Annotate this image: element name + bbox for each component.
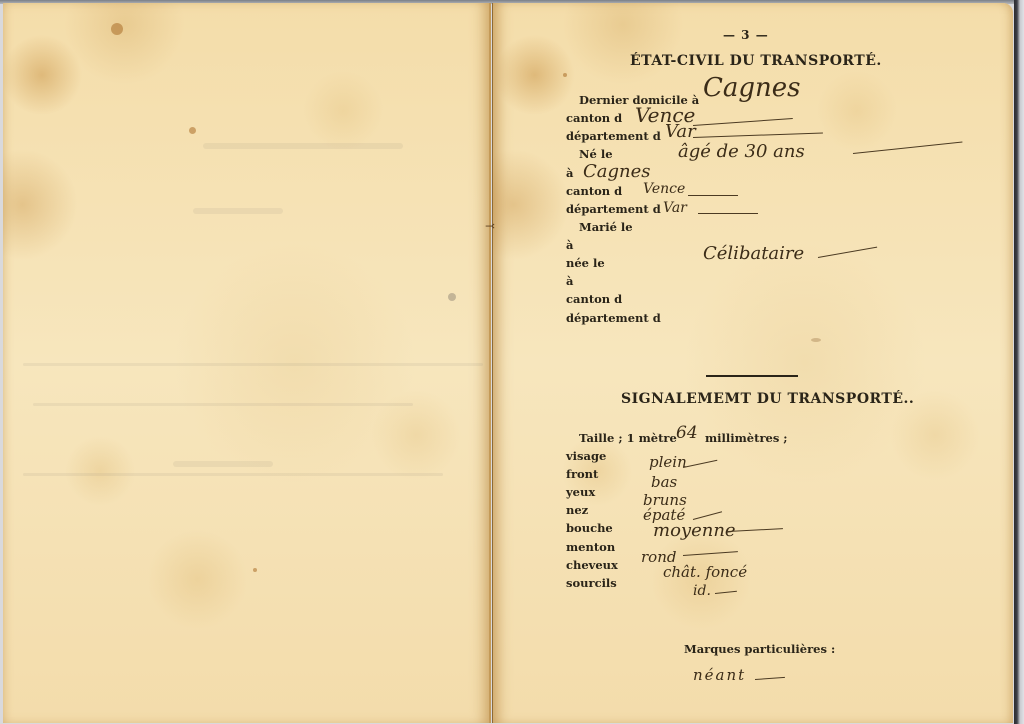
value-canton: Vence [643,181,685,197]
show-through-text [33,403,413,406]
handwritten-underline [683,551,738,556]
foxing-spot [111,23,123,35]
value-bouche: moyenne [653,520,736,541]
label-departement: département d [566,129,661,143]
handwritten-underline [688,195,738,196]
handwritten-underline [818,247,877,258]
label-canton: canton d [566,292,622,306]
value-sourcils: id. [693,583,711,599]
section-divider [706,375,798,377]
scanner-right-edge [1014,0,1024,724]
show-through-text [23,473,443,476]
label-visage: visage [566,449,606,463]
signalement-title: SIGNALEMEMT DU TRANSPORTÉ.. [621,391,914,407]
foxing-spot [448,293,456,301]
handwritten-underline [693,118,793,126]
label-a: à [566,274,573,288]
label-a: à [566,238,573,252]
label-menton: menton [566,540,615,554]
value-a: Cagnes [583,161,651,182]
value-departement: Var [663,200,687,216]
value-marques: néant [693,666,746,684]
label-taille-suffix: millimètres ; [705,431,788,445]
value-departement: Var [665,121,696,142]
value-dernier-domicile: Cagnes [703,73,801,103]
booklet-spread: ⤙ — 3 — ÉTAT-CIVIL DU TRANSPORTÉ. Dernie… [0,0,1024,724]
handwritten-underline [728,528,783,532]
value-cheveux: chât. foncé [663,563,747,581]
value-celibataire: Célibataire [703,243,804,264]
binding-thread-icon: ⤙ [485,221,499,231]
handwritten-underline [683,460,717,468]
handwritten-underline [853,142,963,154]
show-through-text [173,461,273,467]
handwritten-underline [693,511,722,520]
handwritten-underline [693,132,823,138]
label-a: à [566,166,573,180]
left-page [3,3,491,723]
label-nez: nez [566,503,588,517]
label-departement: département d [566,311,661,325]
label-canton: canton d [566,184,622,198]
value-visage: plein [649,453,687,471]
value-ne-le: âgé de 30 ans [678,141,805,162]
foxing-spot [253,568,257,572]
right-page: ⤙ — 3 — ÉTAT-CIVIL DU TRANSPORTÉ. Dernie… [492,3,1013,723]
value-front: bas [651,473,677,491]
value-taille: 64 [676,423,698,443]
show-through-text [23,363,483,366]
handwritten-underline [755,677,785,680]
label-departement: département d [566,202,661,216]
etat-civil-title: ÉTAT-CIVIL DU TRANSPORTÉ. [630,53,882,69]
label-front: front [566,467,598,481]
label-yeux: yeux [566,485,595,499]
show-through-text [193,208,283,214]
label-bouche: bouche [566,521,613,535]
label-canton: canton d [566,111,622,125]
foxing-spot [811,338,821,342]
label-sourcils: sourcils [566,576,617,590]
show-through-text [203,143,403,149]
marques-label: Marques particulières : [684,642,835,656]
handwritten-underline [715,591,737,594]
foxing-spot [189,127,196,134]
label-nee-le: née le [566,256,605,270]
foxing-spot [563,73,567,77]
label-taille-prefix: Taille ; 1 mètre [579,431,677,445]
handwritten-underline [698,213,758,214]
label-ne-le: Né le [579,147,613,161]
label-marie-le: Marié le [579,220,633,234]
label-cheveux: cheveux [566,558,618,572]
page-number: — 3 — [723,28,769,42]
